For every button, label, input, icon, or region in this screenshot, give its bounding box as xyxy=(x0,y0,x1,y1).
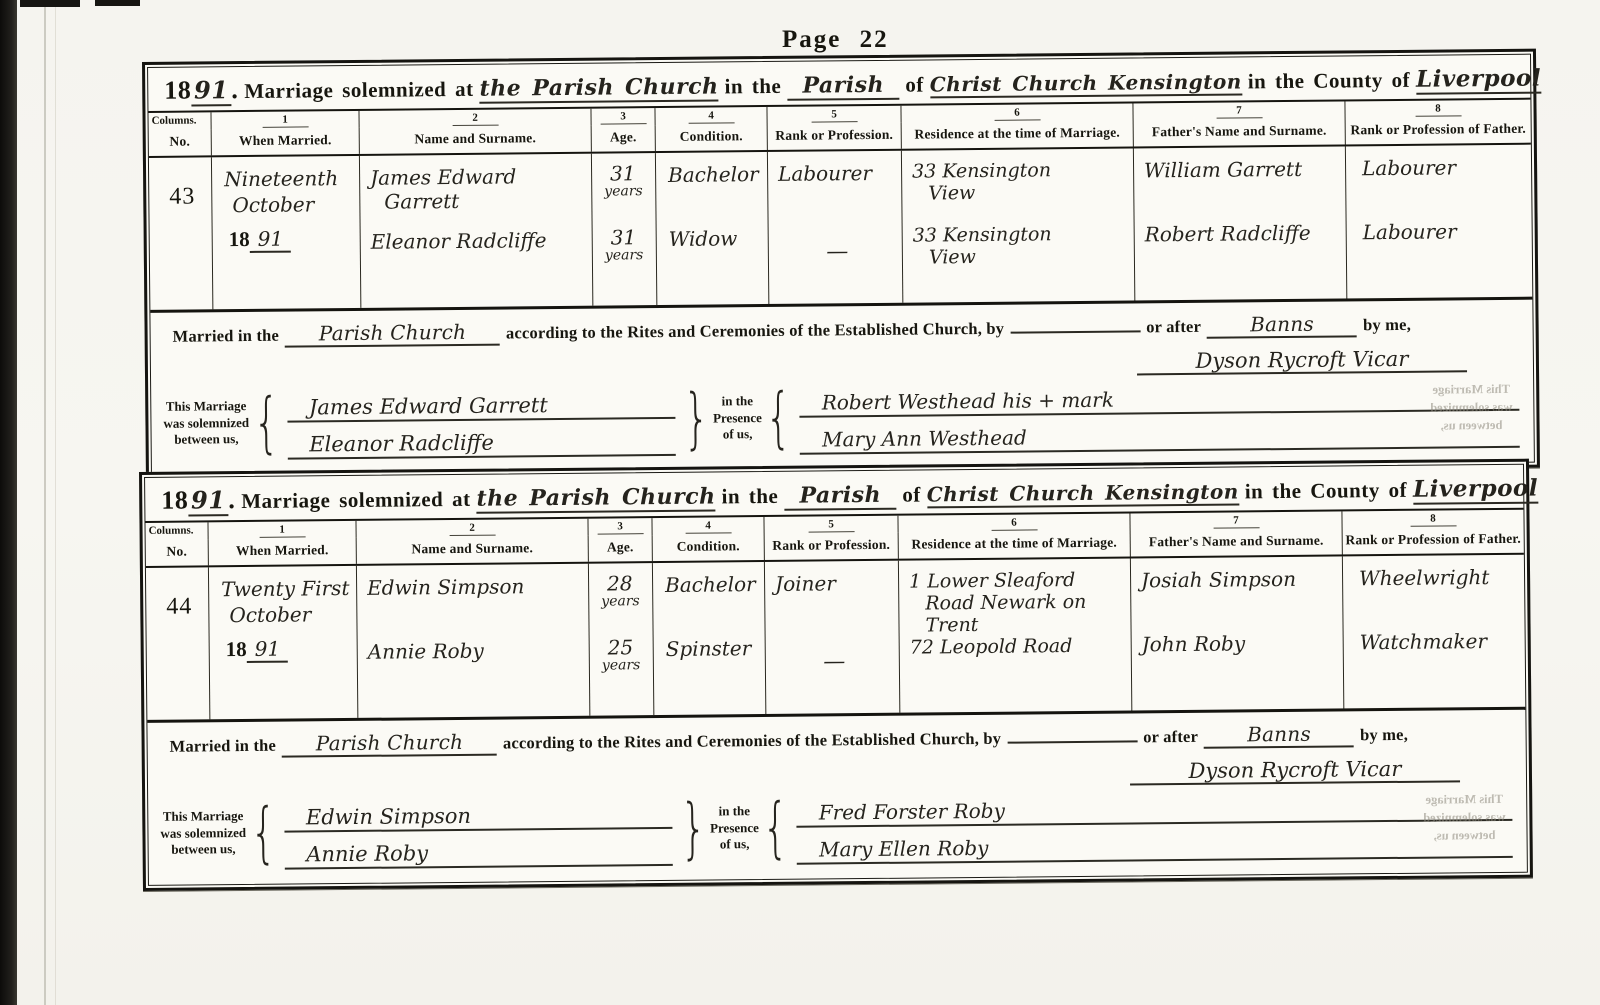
year-prefix: 18 xyxy=(164,76,191,106)
entry-44-data-row: 44 Twenty First October 1891 Edwin Simps… xyxy=(146,555,1525,720)
rites-label: according to the Rites and Ceremonies of… xyxy=(503,729,1001,754)
year-handwritten: 91 xyxy=(191,75,231,106)
by-me-label: by me, xyxy=(1360,725,1408,745)
cell-names: Edwin Simpson Annie Roby xyxy=(356,564,589,718)
header-name-surname: Name and Surname. xyxy=(356,536,588,564)
by-blank-line xyxy=(1010,330,1140,333)
solemnized-label-2: was solemnized xyxy=(160,825,246,843)
groom-condition: Bachelor xyxy=(665,572,759,637)
header-residence: Residence at the time of Marriage. xyxy=(898,530,1130,558)
header-father-rank: Rank or Profession of Father. xyxy=(1342,527,1524,555)
presence-label-3: of us, xyxy=(710,837,759,854)
header-rank: Rank or Profession. xyxy=(764,533,898,560)
brace-open: { xyxy=(763,800,790,856)
brace-close: } xyxy=(683,391,710,447)
witness-2-signature: Mary Ann Westhead xyxy=(800,411,1520,455)
solemnized-label-1: This Marriage xyxy=(160,808,246,826)
col-num-5: 5 xyxy=(763,516,897,534)
bride-signature: Eleanor Radcliffe xyxy=(287,419,675,460)
groom-father-rank: Wheelwright xyxy=(1359,565,1519,631)
rites-label: according to the Rites and Ceremonies of… xyxy=(506,319,1004,344)
header-when-married: When Married. xyxy=(211,128,359,155)
header-father-name: Father's Name and Surname. xyxy=(1130,528,1342,556)
col-num-7: 7 xyxy=(1129,511,1341,530)
groom-father: William Garrett xyxy=(1144,157,1340,223)
cell-ages: 28 years 25 years xyxy=(588,563,653,716)
entry-44-inner: 18 91 . Marriage solemnized at the Paris… xyxy=(144,464,1528,886)
header-father-rank: Rank or Profession of Father. xyxy=(1345,117,1531,145)
cell-when-married: Nineteenth October 1891 xyxy=(211,156,360,309)
page-edge-line-2 xyxy=(55,0,56,1005)
bleed-through-text: This Marriage was solemnized between us, xyxy=(1408,789,1521,844)
bride-residence: 33 Kensington xyxy=(913,223,1128,247)
parish-handwritten: Parish xyxy=(784,482,896,511)
register-page-scan: Page 22 18 91 . Marriage solemnized at t… xyxy=(0,0,1600,1005)
columns-corner-label: Columns. xyxy=(148,112,210,130)
bride-signature: Annie Roby xyxy=(284,829,672,870)
when-year-prefix: 18 xyxy=(229,227,250,251)
bride-name: Annie Roby xyxy=(368,638,583,664)
entry-43-inner: 18 91 . Marriage solemnized at the Paris… xyxy=(147,54,1535,476)
col-num-3: 3 xyxy=(587,518,651,536)
by-blank-line xyxy=(1007,740,1137,743)
entry-number: 44 xyxy=(156,593,202,620)
header-age: Age. xyxy=(591,125,655,152)
cell-ranks: Joiner — xyxy=(764,561,899,714)
or-after-label: or after xyxy=(1143,727,1198,748)
scan-smudge xyxy=(95,0,140,6)
groom-father: Josiah Simpson xyxy=(1141,567,1337,633)
cell-father-ranks: Labourer Labourer xyxy=(1345,145,1532,299)
groom-age-unit: years xyxy=(601,594,646,608)
solemnized-section: This Marriage was solemnized between us,… xyxy=(148,782,1527,879)
bride-father: Robert Radcliffe xyxy=(1145,221,1340,247)
groom-condition: Bachelor xyxy=(668,162,762,227)
when-year-script: 91 xyxy=(247,637,289,663)
cell-father-ranks: Wheelwright Watchmaker xyxy=(1342,555,1525,709)
banns-handwritten: Banns xyxy=(1207,311,1357,338)
brace-close: } xyxy=(680,801,707,857)
brace-open: { xyxy=(766,390,793,446)
cell-ranks: Labourer — xyxy=(767,151,902,304)
married-in-church-handwritten: Parish Church xyxy=(282,730,497,758)
entry-number: 43 xyxy=(159,183,205,210)
church-handwritten: the Parish Church xyxy=(479,73,718,103)
groom-age: 31 xyxy=(610,163,649,183)
groom-surname: Garrett xyxy=(384,188,585,214)
year-prefix: 18 xyxy=(161,486,188,516)
in-the-label: in the xyxy=(724,74,781,100)
married-in-section: Married in the Parish Church according t… xyxy=(147,707,1526,795)
book-binding-edge xyxy=(0,0,17,1005)
groom-age: 28 xyxy=(607,573,646,593)
presence-label-3: of us, xyxy=(713,427,762,444)
married-in-label: Married in the xyxy=(173,326,280,347)
witness-2-signature: Mary Ellen Roby xyxy=(797,821,1513,865)
columns-corner-label: Columns. xyxy=(145,522,207,540)
header-no: No. xyxy=(146,539,208,566)
cell-fathers: William Garrett Robert Radcliffe xyxy=(1133,146,1346,300)
presence-label-1: in the xyxy=(710,803,759,820)
bride-father: John Roby xyxy=(1142,631,1337,657)
county-of-label: in the County of xyxy=(1245,478,1408,505)
col-num-3: 3 xyxy=(590,108,654,126)
marriage-entry-44: 18 91 . Marriage solemnized at the Paris… xyxy=(139,459,1533,891)
brace-open: { xyxy=(253,395,280,451)
when-year-prefix: 18 xyxy=(226,637,247,661)
bride-rank: — xyxy=(779,239,896,265)
header-condition: Condition. xyxy=(652,534,764,561)
bride-age: 31 xyxy=(611,227,650,247)
married-in-church-handwritten: Parish Church xyxy=(285,320,500,348)
title-solemnized-label: Marriage solemnized at xyxy=(244,77,474,104)
cell-no: 43 xyxy=(149,157,212,310)
groom-signature: Edwin Simpson xyxy=(284,792,672,833)
groom-rank: Joiner xyxy=(775,571,893,636)
groom-signature: James Edward Garrett xyxy=(287,382,675,423)
groom-age-unit: years xyxy=(604,184,649,198)
bride-name: Eleanor Radcliffe xyxy=(371,228,586,254)
cell-ages: 31 years 31 years xyxy=(591,153,656,306)
brace-open: { xyxy=(250,805,277,861)
solemnized-label-1: This Marriage xyxy=(163,398,249,416)
col-num-1: 1 xyxy=(210,111,358,129)
bride-age: 25 xyxy=(608,637,647,657)
presence-label-1: in the xyxy=(713,393,762,410)
when-year-script: 91 xyxy=(250,227,292,253)
church-handwritten: the Parish Church xyxy=(476,483,715,513)
year-handwritten: 91 xyxy=(188,485,228,516)
page-edge-line xyxy=(44,0,46,1005)
of-label: of xyxy=(905,72,924,97)
county-handwritten: Liverpool xyxy=(1416,65,1541,95)
header-rank: Rank or Profession. xyxy=(767,123,901,150)
county-of-label: in the County of xyxy=(1248,68,1411,95)
parish-name-handwritten: Christ Church Kensington xyxy=(927,479,1239,508)
groom-name: James Edward xyxy=(370,164,585,190)
col-num-8: 8 xyxy=(1344,100,1530,119)
of-label: of xyxy=(902,482,921,507)
header-age: Age. xyxy=(588,535,652,562)
cell-residences: 33 Kensington View 33 Kensington View xyxy=(901,148,1134,302)
header-condition: Condition. xyxy=(655,124,767,151)
bride-condition: Spinster xyxy=(666,636,759,661)
presence-label-2: Presence xyxy=(710,820,759,837)
marriage-entry-43: 18 91 . Marriage solemnized at the Paris… xyxy=(142,49,1540,481)
groom-residence: 1 Lower Sleaford xyxy=(909,569,1124,593)
scan-smudge xyxy=(20,0,80,7)
col-num-8: 8 xyxy=(1341,510,1523,529)
married-in-section: Married in the Parish Church according t… xyxy=(150,297,1533,385)
col-num-4: 4 xyxy=(654,107,766,125)
cell-conditions: Bachelor Spinster xyxy=(652,562,765,715)
bride-father-rank: Watchmaker xyxy=(1360,629,1519,655)
bride-rank: — xyxy=(776,649,893,675)
page-number: Page 22 xyxy=(782,26,889,54)
groom-father-rank: Labourer xyxy=(1362,155,1526,221)
by-me-label: by me, xyxy=(1363,315,1411,335)
header-when-married: When Married. xyxy=(208,538,356,565)
vicar-signature: Dyson Rycroft Vicar xyxy=(1137,346,1467,375)
period: . xyxy=(228,485,235,515)
solemnized-label-3: between us, xyxy=(164,431,250,449)
bleed-through-text: This Marriage was solemnized between us, xyxy=(1415,379,1528,434)
bride-condition: Widow xyxy=(669,226,762,251)
bride-age-unit: years xyxy=(605,248,650,262)
period: . xyxy=(231,75,238,105)
header-no: No. xyxy=(149,129,211,156)
cell-names: James Edward Garrett Eleanor Radcliffe xyxy=(359,154,592,308)
cell-no: 44 xyxy=(146,567,209,720)
married-in-label: Married in the xyxy=(170,736,277,757)
header-residence: Residence at the time of Marriage. xyxy=(901,120,1133,148)
cell-residences: 1 Lower Sleaford Road Newark on Trent 72… xyxy=(898,558,1131,712)
header-father-name: Father's Name and Surname. xyxy=(1133,118,1345,146)
entry-43-data-row: 43 Nineteenth October 1891 James Edward … xyxy=(149,145,1532,310)
or-after-label: or after xyxy=(1146,317,1201,338)
in-the-label: in the xyxy=(721,484,778,510)
col-num-7: 7 xyxy=(1132,101,1344,120)
county-handwritten: Liverpool xyxy=(1413,475,1538,505)
header-name-surname: Name and Surname. xyxy=(359,126,591,154)
presence-label-2: Presence xyxy=(713,410,762,427)
cell-when-married: Twenty First October 1891 xyxy=(208,566,357,719)
solemnized-label-2: was solemnized xyxy=(163,415,249,433)
parish-name-handwritten: Christ Church Kensington xyxy=(930,69,1242,98)
solemnized-section: This Marriage was solemnized between us,… xyxy=(151,372,1534,469)
groom-rank: Labourer xyxy=(778,161,896,226)
col-num-5: 5 xyxy=(766,106,900,124)
bride-residence: 72 Leopold Road xyxy=(910,635,1125,659)
groom-name: Edwin Simpson xyxy=(367,574,582,600)
col-num-4: 4 xyxy=(651,517,763,535)
vicar-signature: Dyson Rycroft Vicar xyxy=(1130,756,1460,785)
col-num-1: 1 xyxy=(207,521,355,539)
groom-residence: 33 Kensington xyxy=(912,159,1127,183)
bride-age-unit: years xyxy=(602,658,647,672)
bride-father-rank: Labourer xyxy=(1363,219,1526,245)
parish-handwritten: Parish xyxy=(787,72,899,101)
cell-conditions: Bachelor Widow xyxy=(655,152,768,305)
banns-handwritten: Banns xyxy=(1204,721,1354,748)
title-solemnized-label: Marriage solemnized at xyxy=(241,487,471,514)
solemnized-label-3: between us, xyxy=(161,841,247,859)
cell-fathers: Josiah Simpson John Roby xyxy=(1130,556,1343,710)
